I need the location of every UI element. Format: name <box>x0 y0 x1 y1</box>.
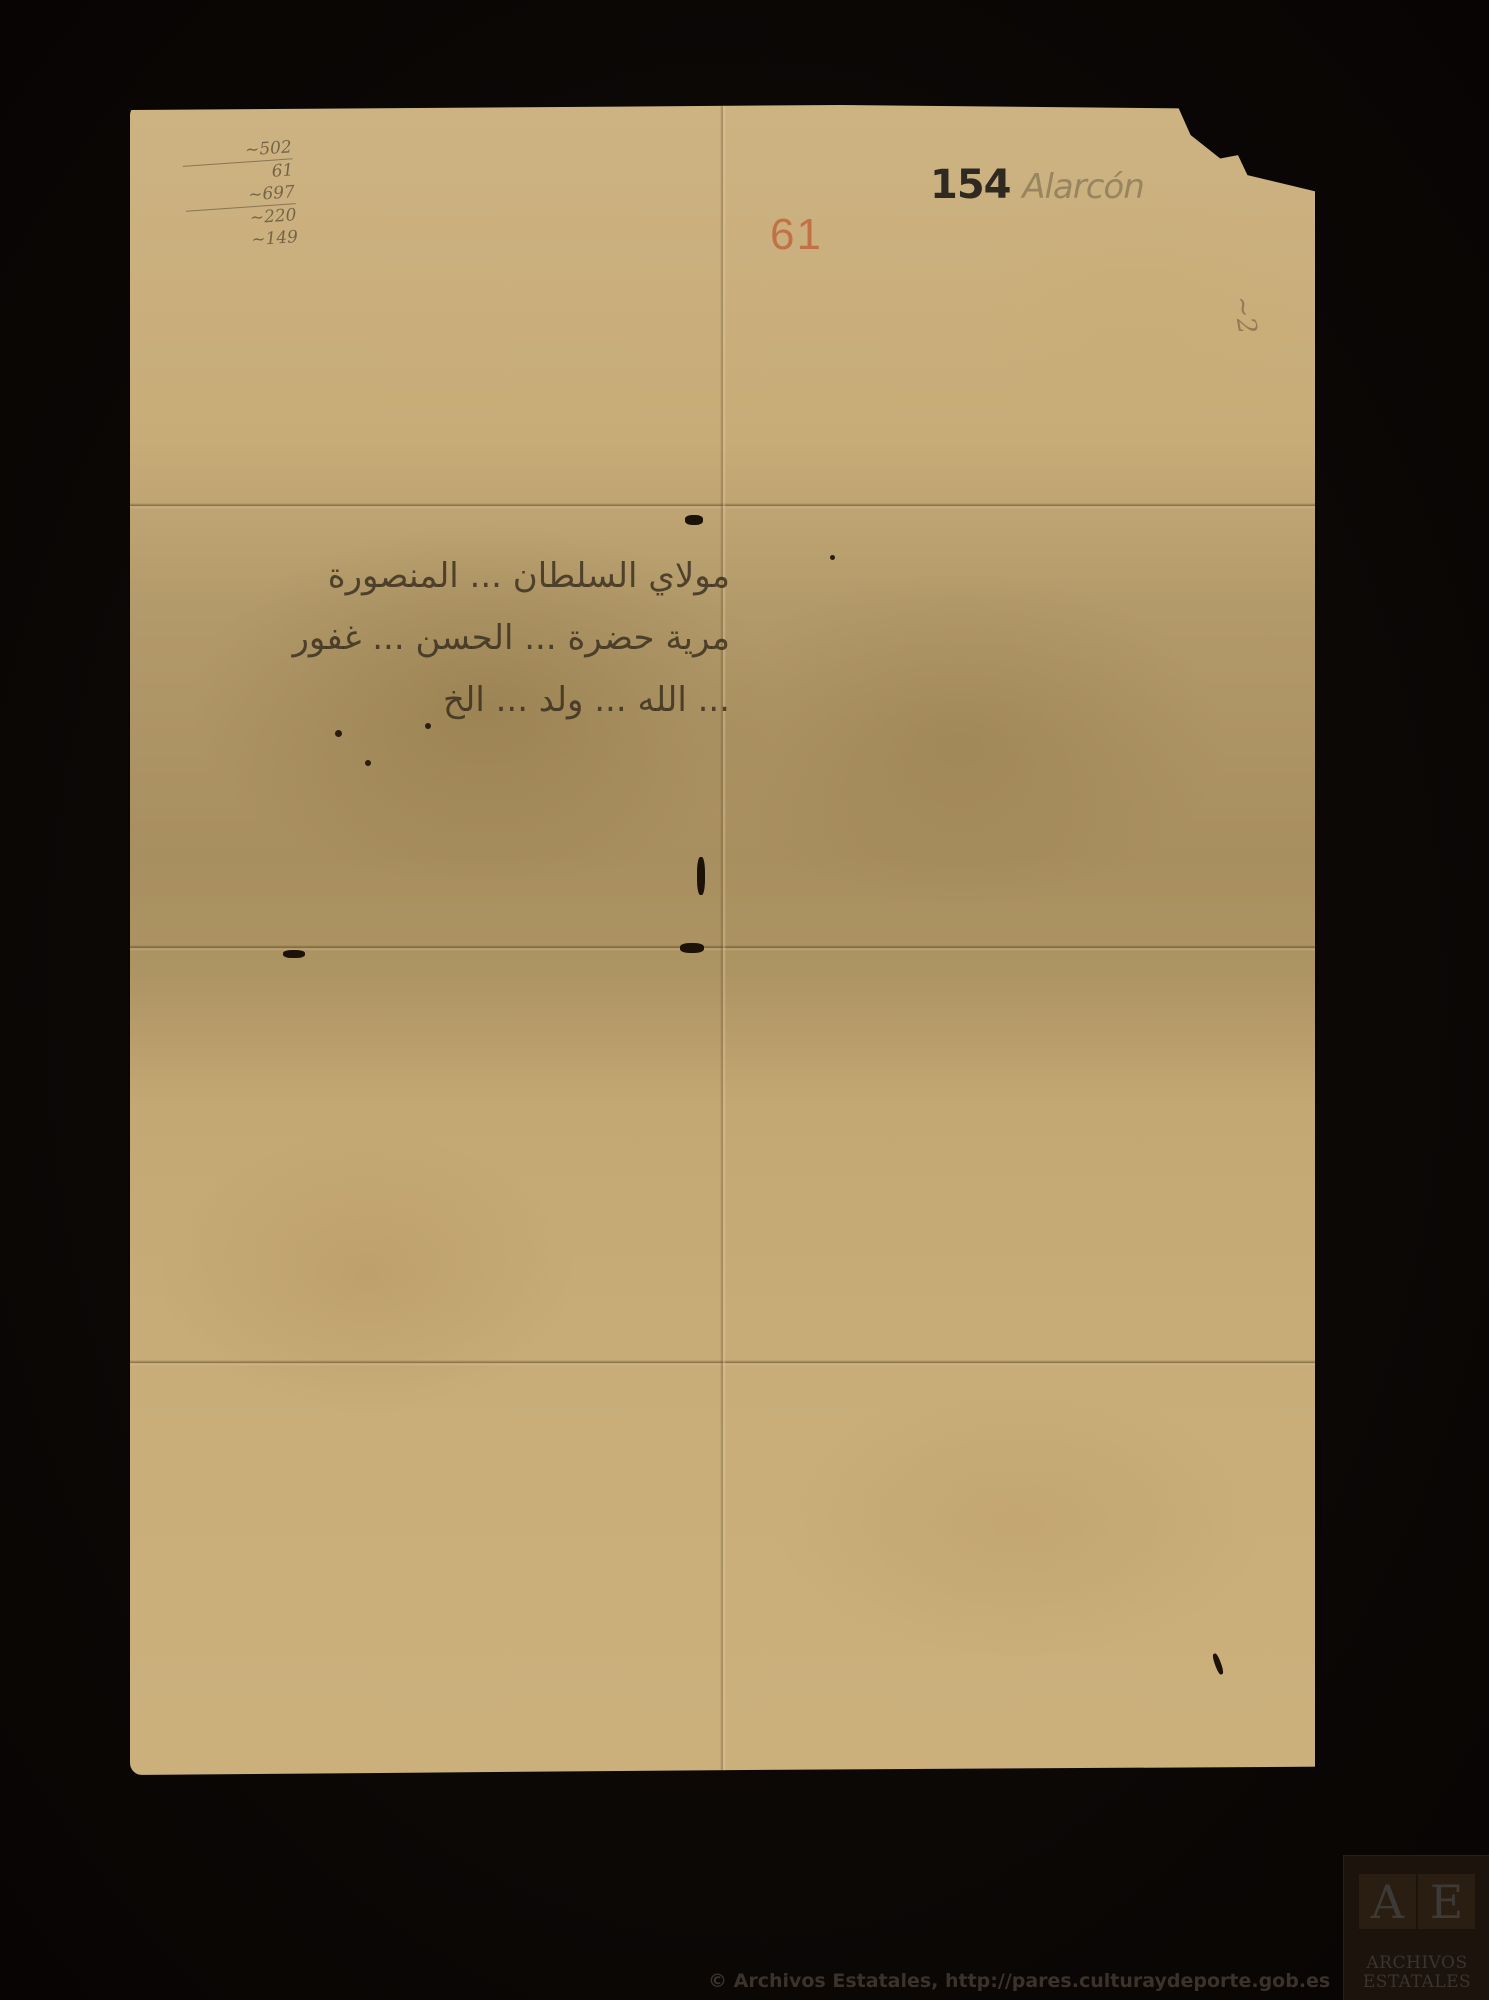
copyright-credit: © Archivos Estatales, http://pares.cultu… <box>708 1970 1330 1992</box>
fold-tear <box>685 515 703 525</box>
arabic-address-block: مولاي السلطان ... المنصورة مرية حضرة ...… <box>130 545 730 731</box>
logo-org-name: ARCHIVOS ESTATALES <box>1344 1954 1489 1992</box>
fold-tear <box>680 943 704 953</box>
speck <box>830 555 835 560</box>
arabic-line: ... الله ... ولد ... الخ <box>130 669 730 731</box>
catalog-annotation: 154 Alarcón <box>930 162 1144 208</box>
speck <box>365 760 371 766</box>
ink-mark <box>1211 1653 1224 1676</box>
pencil-arithmetic: ~502 61 ~697 ~220 ~149 <box>181 136 299 255</box>
catalog-name: Alarcón <box>1022 167 1144 207</box>
fold-line-vertical <box>720 105 726 1775</box>
photo-backdrop: ~502 61 ~697 ~220 ~149 61 154 Alarcón ~2… <box>0 0 1489 2000</box>
logo-text-line1: ARCHIVOS <box>1344 1954 1489 1973</box>
logo-text-line2: ESTATALES <box>1344 1973 1489 1992</box>
archivos-estatales-logo: A E ARCHIVOS ESTATALES <box>1343 1855 1489 2000</box>
folio-number: 61 <box>770 210 823 260</box>
arabic-line: مرية حضرة ... الحسن ... غفور <box>130 607 730 669</box>
logo-letter-a: A <box>1359 1874 1416 1929</box>
speck <box>335 730 342 737</box>
catalog-number: 154 <box>930 162 1011 208</box>
manuscript-sheet <box>130 105 1315 1775</box>
arabic-line: مولاي السلطان ... المنصورة <box>130 545 730 607</box>
margin-mark: ~2 <box>1226 294 1262 337</box>
fold-tear <box>697 857 705 895</box>
logo-letters: A E <box>1359 1874 1475 1929</box>
fold-tear <box>283 950 305 958</box>
logo-letter-e: E <box>1418 1874 1475 1929</box>
